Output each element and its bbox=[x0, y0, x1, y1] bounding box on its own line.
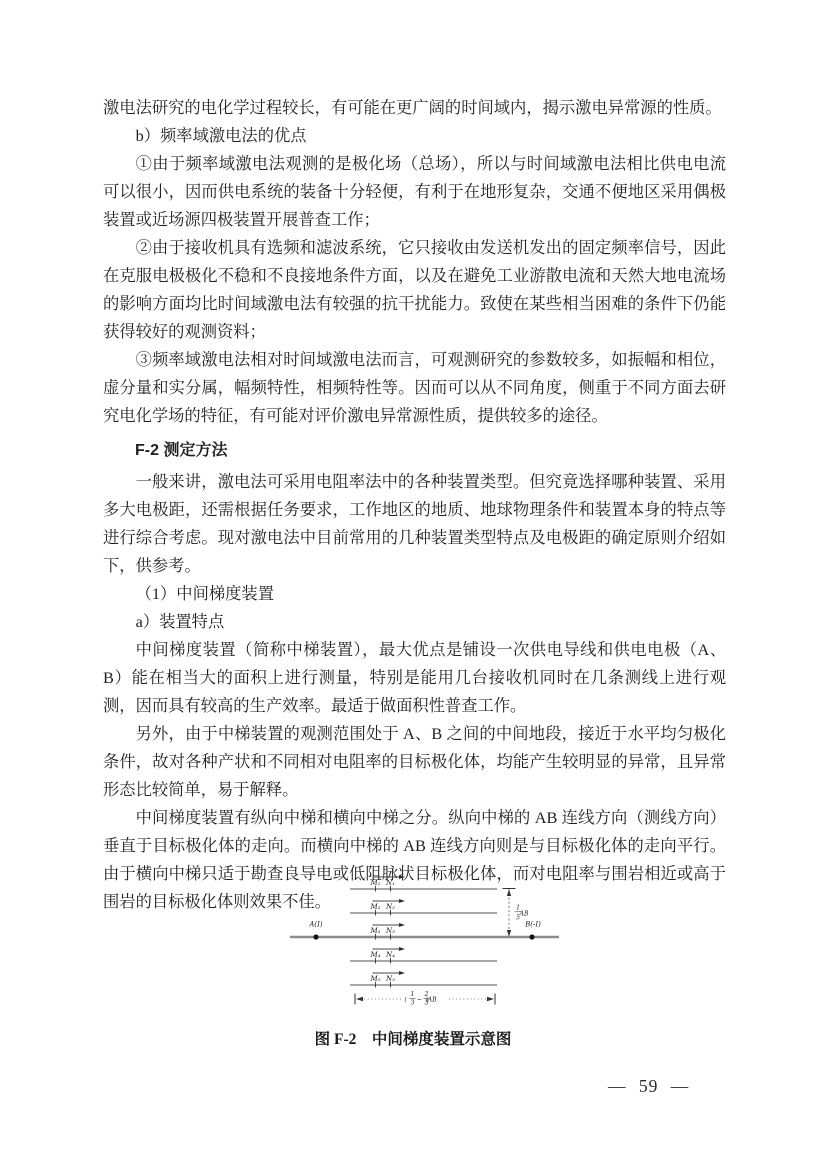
tilde-separator: ~ bbox=[417, 997, 422, 1004]
electrode-b-dot bbox=[529, 934, 534, 939]
arrowhead-right-icon bbox=[487, 997, 494, 1001]
paragraph-item-3: ③频率域激电法相对时间域激电法而言，可观测研究的参数较多，如振幅和相位，虚分量和… bbox=[103, 346, 726, 430]
page-number: — 59 — bbox=[608, 1076, 689, 1097]
electrode-n-label: N₂ bbox=[385, 903, 395, 911]
arrowhead-icon bbox=[399, 947, 405, 951]
paragraph-continuation: 激电法研究的电化学过程较长，有可能在更广阔的时间域内，揭示激电异常源的性质。 bbox=[103, 94, 726, 122]
subheading-a: a）装置特点 bbox=[103, 608, 726, 636]
fraction1-denominator: 3 bbox=[411, 1000, 415, 1007]
arrowhead-icon bbox=[399, 923, 405, 927]
electrode-n-label: N₄ bbox=[385, 951, 395, 959]
electrode-n-label: N₁ bbox=[385, 879, 395, 887]
open-paren: ( bbox=[404, 997, 407, 1004]
close-paren-unit-label: )AB bbox=[424, 997, 437, 1004]
paragraph-device-features: 中间梯度装置（简称中梯装置），最大优点是铺设一次供电导线和供电电极（A、B）能在… bbox=[103, 636, 726, 720]
arrowhead-icon bbox=[399, 971, 405, 975]
electrode-a-dot bbox=[313, 934, 318, 939]
electrode-m-label: M₃ bbox=[370, 927, 381, 935]
electrode-m-label: M₁ bbox=[370, 879, 381, 887]
horizontal-dimension: ( 1 3 ~ 2 3 )AB bbox=[355, 991, 495, 1007]
electrode-a-label: A(I) bbox=[308, 921, 323, 929]
dimension-unit-label: AB bbox=[519, 911, 529, 918]
paragraph-observation-range: 另外，由于中梯装置的观测范围处于 A、B 之间的中间地段，接近于水平均匀极化条件… bbox=[103, 720, 726, 804]
electrode-n-label: N₅ bbox=[385, 975, 395, 983]
section-heading-f2: F-2 测定方法 bbox=[103, 437, 726, 465]
fraction1-numerator: 1 bbox=[411, 991, 415, 998]
arrowhead-down-icon bbox=[507, 930, 511, 937]
arrowhead-up-icon bbox=[507, 890, 511, 897]
document-body: 激电法研究的电化学过程较长，有可能在更广阔的时间域内，揭示激电异常源的性质。 b… bbox=[103, 94, 726, 916]
arrowhead-left-icon bbox=[356, 997, 363, 1001]
subheading-b: b）频率域激电法的优点 bbox=[103, 122, 726, 150]
vertical-dimension: 1 5 AB bbox=[503, 889, 529, 937]
paragraph-item-1: ①由于频率域激电法观测的是极化场（总场），所以与时间域激电法相比供电电流可以很小… bbox=[103, 150, 726, 234]
arrowhead-icon bbox=[399, 899, 405, 903]
paragraph-item-2: ②由于接收机具有选频和滤波系统，它只接收由发送机发出的固定频率信号，因此在克服电… bbox=[103, 234, 726, 346]
arrowhead-icon bbox=[399, 875, 405, 879]
paragraph-general: 一般来讲，激电法可采用电阻率法中的各种装置类型。但究竟选择哪种装置、采用多大电极… bbox=[103, 468, 726, 580]
subheading-1: （1）中间梯度装置 bbox=[103, 580, 726, 608]
figure-f2: M₁ N₁ M₂ N₂ M₃ N₃ M₄ N₄ bbox=[0, 874, 826, 1049]
electrode-n-label: N₃ bbox=[385, 927, 395, 935]
electrode-m-label: M₂ bbox=[370, 903, 381, 911]
electrode-m-label: M₅ bbox=[370, 975, 381, 983]
figure-caption: 图 F-2 中间梯度装置示意图 bbox=[0, 1027, 826, 1049]
electrode-m-label: M₄ bbox=[370, 951, 381, 959]
electrode-b-label: B(-I) bbox=[524, 921, 541, 929]
middle-gradient-array-diagram: M₁ N₁ M₂ N₂ M₃ N₃ M₄ N₄ bbox=[287, 874, 567, 1024]
